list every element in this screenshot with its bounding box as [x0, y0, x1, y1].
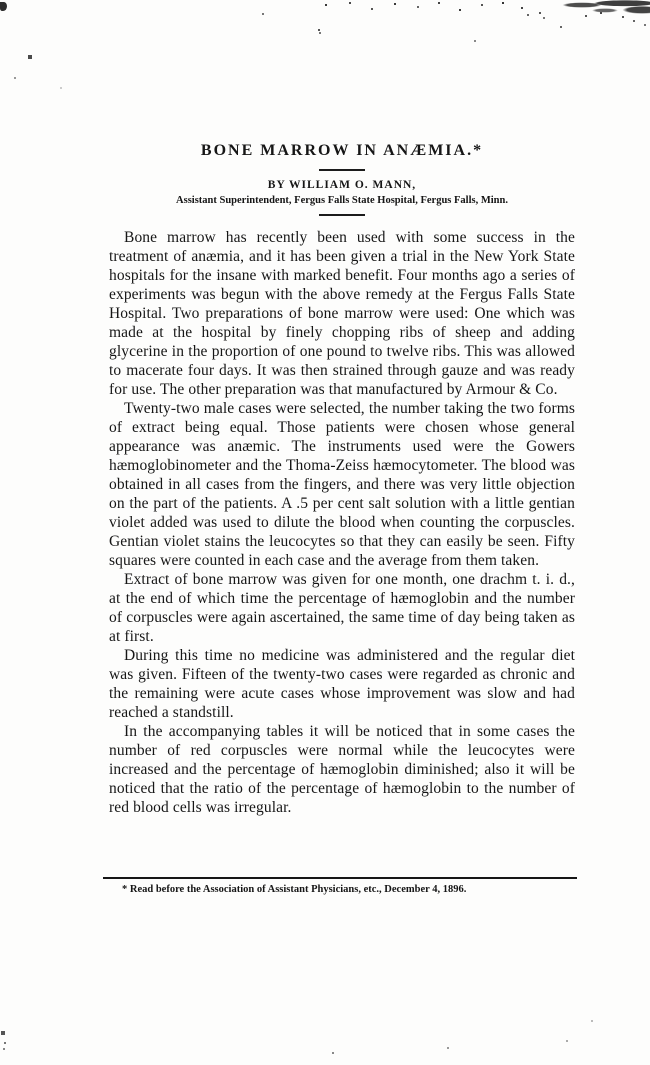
author-byline: BY WILLIAM O. MANN, — [109, 179, 575, 192]
paragraph-diet: During this time no medicine was adminis… — [109, 646, 575, 722]
author-affiliation: Assistant Superintendent, Fergus Falls S… — [109, 195, 575, 207]
byline-divider — [319, 214, 365, 216]
article-title: BONE MARROW IN ANÆMIA.* — [109, 140, 575, 161]
title-divider — [319, 169, 365, 171]
article-body: Bone marrow has recently been used with … — [109, 228, 575, 872]
paragraph-tables-note: In the accompanying tables it will be no… — [109, 722, 575, 817]
footnote-text: * Read before the Association of Assista… — [109, 883, 575, 896]
scanned-page: BONE MARROW IN ANÆMIA.* BY WILLIAM O. MA… — [0, 0, 650, 1065]
article: BONE MARROW IN ANÆMIA.* BY WILLIAM O. MA… — [109, 0, 575, 896]
paragraph-cases-selected: Twenty-two male cases were selected, the… — [109, 399, 575, 570]
paragraph-dosage: Extract of bone marrow was given for one… — [109, 570, 575, 646]
scan-artifact-top-left — [0, 2, 7, 11]
paragraph-intro: Bone marrow has recently been used with … — [109, 228, 575, 399]
footnote-divider — [103, 877, 577, 879]
